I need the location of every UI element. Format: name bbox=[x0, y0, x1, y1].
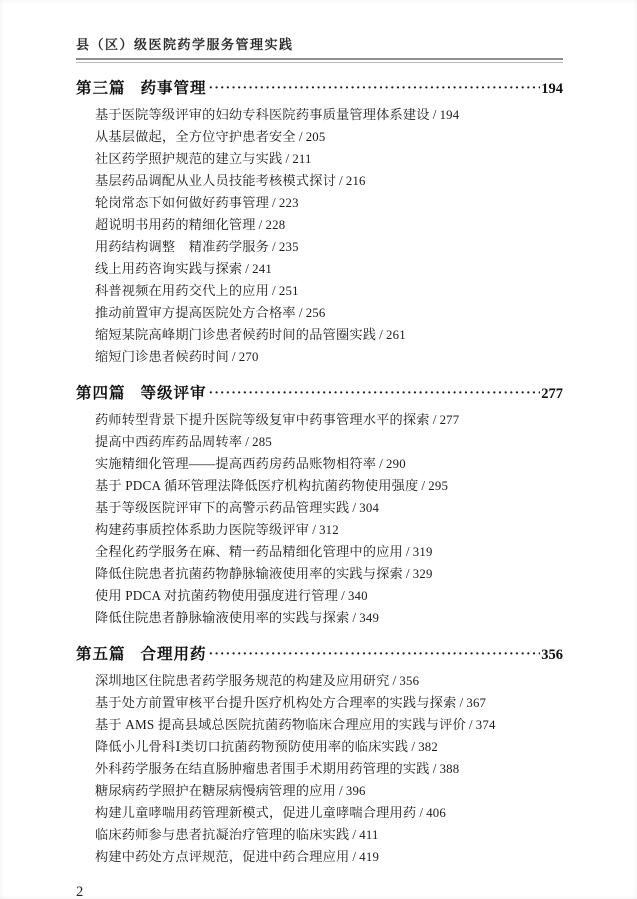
toc-entry-page: 290 bbox=[386, 457, 406, 471]
toc-entry-separator: / bbox=[459, 695, 463, 710]
toc-entry-page: 349 bbox=[359, 611, 379, 625]
toc-entry: 缩短门诊患者候药时间/270 bbox=[95, 346, 563, 368]
toc-entry-separator: / bbox=[285, 151, 289, 166]
toc-entry: 基于等级医院评审下的高警示药品管理实践/304 bbox=[95, 497, 563, 519]
toc-entry: 降低住院患者抗菌药物静脉输液使用率的实践与探索/329 bbox=[95, 563, 563, 585]
toc-item-list: 基于医院等级评审的妇幼专科医院药事质量管理体系建设/194 从基层做起，全方位守… bbox=[76, 104, 563, 368]
toc-entry-separator: / bbox=[379, 456, 383, 471]
toc-entry: 构建中药处方点评规范，促进中药合理应用/419 bbox=[95, 846, 563, 868]
toc-entry: 基于医院等级评审的妇幼专科医院药事质量管理体系建设/194 bbox=[95, 104, 563, 126]
section-label: 第五篇 bbox=[76, 642, 126, 664]
toc-entry-page: 251 bbox=[279, 284, 299, 298]
toc-entry: 深圳地区住院患者药学服务规范的构建及应用研究/356 bbox=[95, 670, 563, 692]
toc-entry-page: 367 bbox=[466, 696, 486, 710]
toc-entry-separator: / bbox=[352, 500, 356, 515]
toc-entry-page: 406 bbox=[426, 806, 446, 820]
toc-entry-page: 295 bbox=[428, 479, 448, 493]
toc-section: 第五篇 合理用药 ·······························… bbox=[76, 642, 563, 868]
toc-entry-page: 205 bbox=[306, 130, 326, 144]
toc-entry-separator: / bbox=[245, 434, 249, 449]
toc-entry-separator: / bbox=[352, 827, 356, 842]
toc-entry-title: 构建中药处方点评规范，促进中药合理应用 bbox=[95, 849, 349, 864]
toc-entry-page: 374 bbox=[476, 718, 496, 732]
toc-entry: 使用 PDCA 对抗菌药物使用强度进行管理/340 bbox=[95, 585, 563, 607]
toc-section-heading: 第五篇 合理用药 ·······························… bbox=[76, 642, 563, 664]
toc-entry-separator: / bbox=[433, 412, 437, 427]
toc-entry-page: 285 bbox=[252, 435, 272, 449]
section-page-number: 356 bbox=[541, 647, 563, 664]
toc-entry-title: 缩短某院高峰期门诊患者候药时间的品管圈实践 bbox=[95, 327, 376, 342]
toc-entry-title: 科普视频在用药交代上的应用 bbox=[95, 283, 269, 298]
toc-entry-title: 提高中西药库药品周转率 bbox=[95, 434, 242, 449]
toc-entry-page: 256 bbox=[306, 306, 326, 320]
toc-entry-title: 使用 PDCA 对抗菌药物使用强度进行管理 bbox=[95, 588, 338, 603]
toc-entry: 超说明书用药的精细化管理/228 bbox=[95, 214, 563, 236]
toc-entry-page: 228 bbox=[266, 218, 286, 232]
toc-entry-title: 降低住院患者抗菌药物静脉输液使用率的实践与探索 bbox=[95, 566, 403, 581]
toc-entry-title: 基于医院等级评审的妇幼专科医院药事质量管理体系建设 bbox=[95, 107, 430, 122]
toc-entry-separator: / bbox=[272, 195, 276, 210]
toc-entry-page: 329 bbox=[413, 567, 433, 581]
toc-entry: 从基层做起，全方位守护患者安全/205 bbox=[95, 126, 563, 148]
toc-entry-title: 社区药学照护规范的建立与实践 bbox=[95, 151, 282, 166]
toc-entry: 糖尿病药学照护在糖尿病慢病管理的应用/396 bbox=[95, 780, 563, 802]
toc-entry: 全程化药学服务在麻、精一药品精细化管理中的应用/319 bbox=[95, 541, 563, 563]
running-header: 县（区）级医院药学服务管理实践 bbox=[76, 34, 563, 53]
toc-entry: 基于 AMS 提高县域总医院抗菌药物临床合理应用的实践与评价/374 bbox=[95, 714, 563, 736]
toc-entry-page: 241 bbox=[252, 262, 272, 276]
toc-entry-separator: / bbox=[339, 173, 343, 188]
toc-entry-separator: / bbox=[406, 544, 410, 559]
section-page-number: 194 bbox=[541, 81, 563, 98]
toc-entry-page: 261 bbox=[386, 328, 406, 342]
toc-entry-title: 基于处方前置审核平台提升医疗机构处方合理率的实践与探索 bbox=[95, 695, 456, 710]
toc-entry-title: 基层药品调配从业人员技能考核模式探讨 bbox=[95, 173, 336, 188]
toc-entry-page: 411 bbox=[359, 828, 378, 842]
toc-entry: 缩短某院高峰期门诊患者候药时间的品管圈实践/261 bbox=[95, 324, 563, 346]
toc-entry-separator: / bbox=[341, 588, 345, 603]
toc-entry: 轮岗常态下如何做好药事管理/223 bbox=[95, 192, 563, 214]
toc-entry-separator: / bbox=[469, 717, 473, 732]
toc-entry-title: 基于 PDCA 循环管理法降低医疗机构抗菌药物使用强度 bbox=[95, 478, 418, 493]
toc-entry-title: 用药结构调整 精准药学服务 bbox=[95, 239, 269, 254]
header-rule bbox=[76, 58, 563, 63]
toc-entry-title: 全程化药学服务在麻、精一药品精细化管理中的应用 bbox=[95, 544, 403, 559]
toc-item-list: 药师转型背景下提升医院等级复审中药事管理水平的探索/277 提高中西药库药品周转… bbox=[76, 409, 563, 629]
toc-entry-page: 270 bbox=[239, 350, 259, 364]
page-number: 2 bbox=[76, 884, 563, 899]
toc-entry-separator: / bbox=[393, 673, 397, 688]
toc-entry-separator: / bbox=[272, 283, 276, 298]
toc-entry-page: 356 bbox=[399, 674, 419, 688]
toc-entry: 社区药学照护规范的建立与实践/211 bbox=[95, 148, 563, 170]
toc-entry-page: 419 bbox=[359, 850, 379, 864]
toc-entry-page: 304 bbox=[359, 501, 379, 515]
toc-entry: 实施精细化管理——提高西药房药品账物相符率/290 bbox=[95, 453, 563, 475]
toc-entry-separator: / bbox=[232, 349, 236, 364]
toc-section: 第四篇 等级评审 ·······························… bbox=[76, 381, 563, 629]
toc-entry: 线上用药咨询实践与探索/241 bbox=[95, 258, 563, 280]
toc-entry-page: 312 bbox=[319, 523, 339, 537]
toc-section-heading: 第三篇 药事管理 ·······························… bbox=[76, 76, 563, 98]
toc-entry-page: 382 bbox=[418, 740, 438, 754]
toc-entry-page: 396 bbox=[346, 784, 366, 798]
toc-entry-page: 388 bbox=[440, 762, 460, 776]
toc-entry-separator: / bbox=[352, 849, 356, 864]
toc-entry-page: 277 bbox=[440, 413, 460, 427]
toc-entry-title: 构建药事质控体系助力医院等级评审 bbox=[95, 522, 309, 537]
toc-entry-separator: / bbox=[411, 739, 415, 754]
toc-entry-title: 轮岗常态下如何做好药事管理 bbox=[95, 195, 269, 210]
toc-entry-title: 超说明书用药的精细化管理 bbox=[95, 217, 256, 232]
toc-entry: 科普视频在用药交代上的应用/251 bbox=[95, 280, 563, 302]
toc-entry-separator: / bbox=[299, 129, 303, 144]
toc-entry-title: 降低小儿骨科Ⅰ类切口抗菌药物预防使用率的临床实践 bbox=[95, 739, 408, 754]
toc-entry: 药师转型背景下提升医院等级复审中药事管理水平的探索/277 bbox=[95, 409, 563, 431]
toc-entry-separator: / bbox=[312, 522, 316, 537]
toc-entry-page: 211 bbox=[292, 152, 311, 166]
toc-entry: 基于 PDCA 循环管理法降低医疗机构抗菌药物使用强度/295 bbox=[95, 475, 563, 497]
toc-entry-separator: / bbox=[433, 107, 437, 122]
toc-entry-separator: / bbox=[406, 566, 410, 581]
toc-entry: 用药结构调整 精准药学服务/235 bbox=[95, 236, 563, 258]
toc-entry-separator: / bbox=[379, 327, 383, 342]
toc-entry-title: 外科药学服务在结直肠肿瘤患者围手术期用药管理的实践 bbox=[95, 761, 430, 776]
toc-entry: 构建药事质控体系助力医院等级评审/312 bbox=[95, 519, 563, 541]
toc-entry-separator: / bbox=[421, 478, 425, 493]
toc-entry-separator: / bbox=[433, 761, 437, 776]
toc-entry-page: 340 bbox=[348, 589, 368, 603]
toc-entry-separator: / bbox=[245, 261, 249, 276]
toc-entry-title: 基于等级医院评审下的高警示药品管理实践 bbox=[95, 500, 349, 515]
toc-entry-title: 推动前置审方提高医院处方合格率 bbox=[95, 305, 296, 320]
section-label: 第四篇 bbox=[76, 381, 126, 403]
toc-entry: 提高中西药库药品周转率/285 bbox=[95, 431, 563, 453]
toc-entry: 降低小儿骨科Ⅰ类切口抗菌药物预防使用率的临床实践/382 bbox=[95, 736, 563, 758]
toc-entry-title: 临床药师参与患者抗凝治疗管理的临床实践 bbox=[95, 827, 349, 842]
toc-entry-separator: / bbox=[352, 610, 356, 625]
toc-entry-separator: / bbox=[339, 783, 343, 798]
toc-entry: 基层药品调配从业人员技能考核模式探讨/216 bbox=[95, 170, 563, 192]
toc-entry: 构建儿童哮喘用药管理新模式，促进儿童哮喘合理用药/406 bbox=[95, 802, 563, 824]
toc-entry: 外科药学服务在结直肠肿瘤患者围手术期用药管理的实践/388 bbox=[95, 758, 563, 780]
section-title: 药事管理 bbox=[141, 76, 207, 98]
toc-entry-title: 药师转型背景下提升医院等级复审中药事管理水平的探索 bbox=[95, 412, 430, 427]
toc-entry-page: 235 bbox=[279, 240, 299, 254]
toc-entry-page: 194 bbox=[440, 108, 460, 122]
toc-entry-separator: / bbox=[419, 805, 423, 820]
toc-entry-separator: / bbox=[259, 217, 263, 232]
table-of-contents: 第三篇 药事管理 ·······························… bbox=[76, 76, 563, 868]
book-page: 县（区）级医院药学服务管理实践 第三篇 药事管理 ···············… bbox=[0, 0, 637, 899]
toc-entry-page: 223 bbox=[279, 196, 299, 210]
toc-entry-title: 基于 AMS 提高县域总医院抗菌药物临床合理应用的实践与评价 bbox=[95, 717, 466, 732]
toc-entry-title: 构建儿童哮喘用药管理新模式，促进儿童哮喘合理用药 bbox=[95, 805, 416, 820]
toc-item-list: 深圳地区住院患者药学服务规范的构建及应用研究/356 基于处方前置审核平台提升医… bbox=[76, 670, 563, 868]
toc-section-heading: 第四篇 等级评审 ·······························… bbox=[76, 381, 563, 403]
toc-entry: 推动前置审方提高医院处方合格率/256 bbox=[95, 302, 563, 324]
dot-leader: ········································… bbox=[209, 647, 541, 663]
toc-section: 第三篇 药事管理 ·······························… bbox=[76, 76, 563, 368]
dot-leader: ········································… bbox=[209, 81, 541, 97]
toc-entry: 基于处方前置审核平台提升医疗机构处方合理率的实践与探索/367 bbox=[95, 692, 563, 714]
toc-entry-title: 线上用药咨询实践与探索 bbox=[95, 261, 242, 276]
toc-entry-page: 319 bbox=[413, 545, 433, 559]
toc-entry-title: 缩短门诊患者候药时间 bbox=[95, 349, 229, 364]
toc-entry: 临床药师参与患者抗凝治疗管理的临床实践/411 bbox=[95, 824, 563, 846]
section-label: 第三篇 bbox=[76, 76, 126, 98]
toc-entry-title: 实施精细化管理——提高西药房药品账物相符率 bbox=[95, 456, 376, 471]
section-title: 合理用药 bbox=[141, 642, 207, 664]
dot-leader: ········································… bbox=[209, 386, 541, 402]
toc-entry-page: 216 bbox=[346, 174, 366, 188]
toc-entry-title: 糖尿病药学照护在糖尿病慢病管理的应用 bbox=[95, 783, 336, 798]
section-page-number: 277 bbox=[541, 386, 563, 403]
section-title: 等级评审 bbox=[141, 381, 207, 403]
toc-entry-title: 从基层做起，全方位守护患者安全 bbox=[95, 129, 296, 144]
toc-entry: 降低住院患者静脉输液使用率的实践与探索/349 bbox=[95, 607, 563, 629]
toc-entry-title: 降低住院患者静脉输液使用率的实践与探索 bbox=[95, 610, 349, 625]
toc-entry-separator: / bbox=[272, 239, 276, 254]
toc-entry-separator: / bbox=[299, 305, 303, 320]
toc-entry-title: 深圳地区住院患者药学服务规范的构建及应用研究 bbox=[95, 673, 390, 688]
